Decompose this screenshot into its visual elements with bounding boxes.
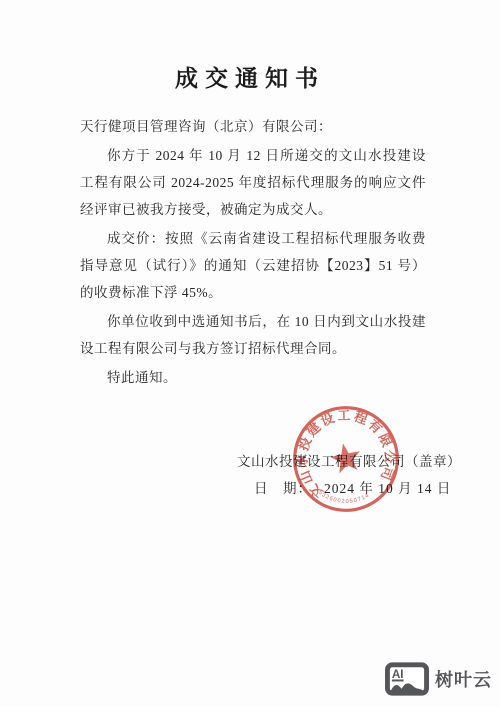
paragraph-1: 你方于 2024 年 10 月 12 日所递交的文山水投建设工程有限公司 202…	[80, 142, 426, 223]
paragraph-2: 成交价：按照《云南省建设工程招标代理服务收费指导意见（试行）》的通知（云建招协【…	[80, 225, 426, 306]
signature-company-line: 文山水投建设工程有限公司（盖章）	[237, 450, 461, 470]
ai-picture-logo-icon: AI	[385, 662, 429, 696]
document-body: 天行健项目管理咨询（北京）有限公司： 你方于 2024 年 10 月 12 日所…	[80, 113, 426, 393]
date-value: 2024 年 10 月 14 日	[324, 481, 451, 496]
recipient-line: 天行健项目管理咨询（北京）有限公司：	[80, 113, 426, 140]
page-title: 成交通知书	[0, 60, 500, 93]
logo-ai-text: AI	[392, 668, 404, 681]
brand-name-text: 树叶云	[435, 666, 492, 692]
date-label: 日 期：	[254, 481, 312, 496]
document-page: 成交通知书 天行健项目管理咨询（北京）有限公司： 你方于 2024 年 10 月…	[0, 0, 500, 707]
date-line: 日 期：2024 年 10 月 14 日	[254, 477, 451, 497]
paragraph-3: 你单位收到中选通知书后，在 10 日内到文山水投建设工程有限公司与我方签订招标代…	[80, 308, 426, 362]
brand-watermark: AI 树叶云	[385, 662, 492, 696]
paragraph-4: 特此通知。	[80, 364, 426, 391]
